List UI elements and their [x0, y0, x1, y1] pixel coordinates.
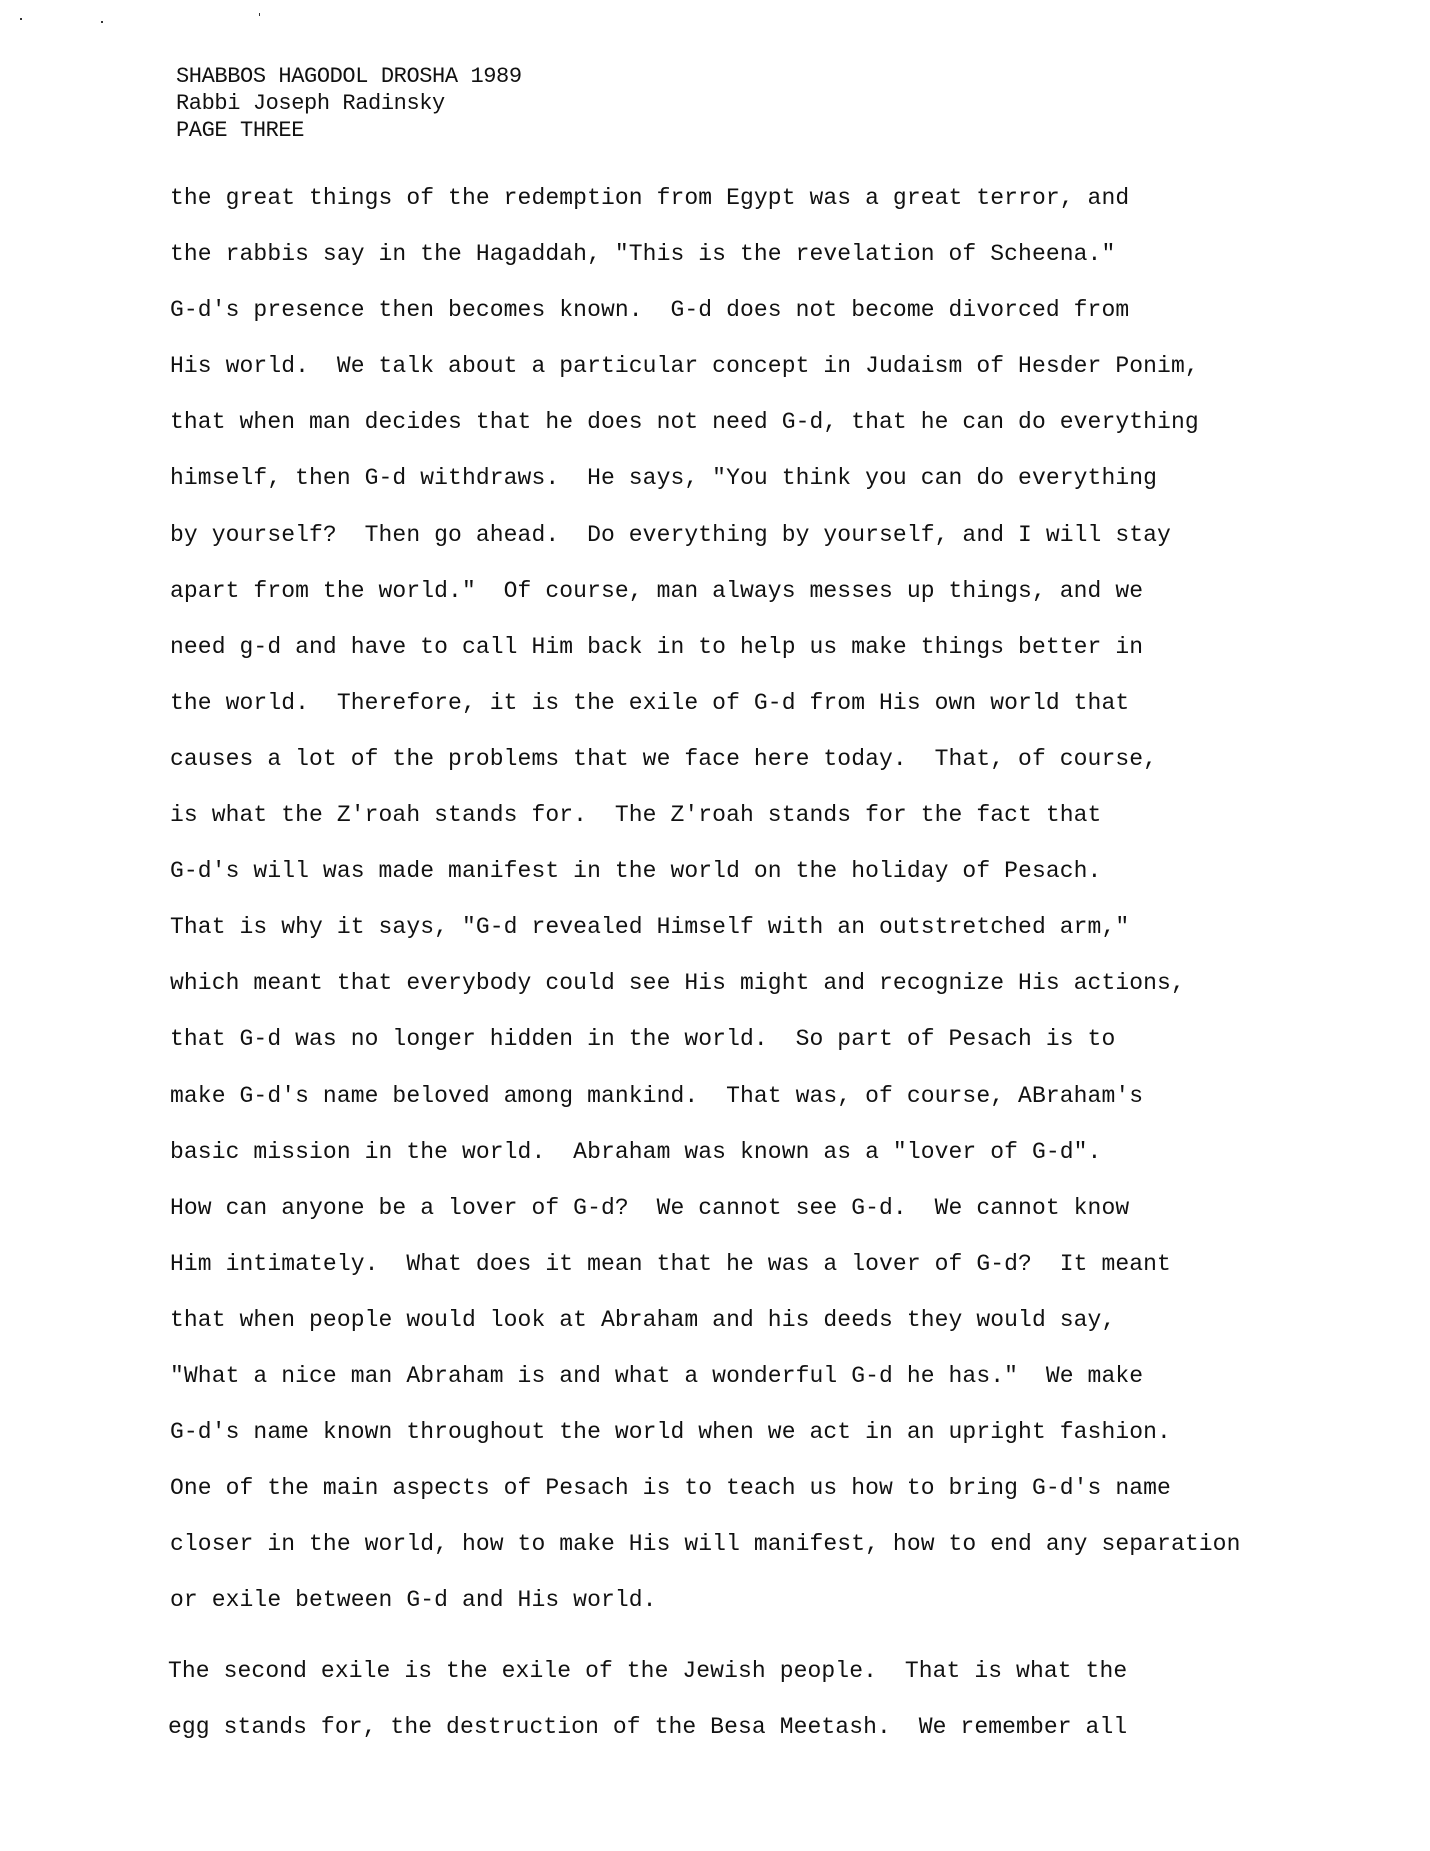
text-line: need g-d and have to call Him back in to…	[170, 619, 1240, 675]
text-line: the world. Therefore, it is the exile of…	[170, 675, 1240, 731]
text-line: basic mission in the world. Abraham was …	[170, 1124, 1240, 1180]
text-line: the rabbis say in the Hagaddah, "This is…	[170, 226, 1240, 282]
text-line: the great things of the redemption from …	[170, 170, 1240, 226]
text-line: That is why it says, "G-d revealed Himse…	[170, 899, 1240, 955]
text-line: that G-d was no longer hidden in the wor…	[170, 1011, 1240, 1067]
text-line: "What a nice man Abraham is and what a w…	[170, 1348, 1240, 1404]
text-line: closer in the world, how to make His wil…	[170, 1516, 1240, 1572]
text-line: Him intimately. What does it mean that h…	[170, 1236, 1240, 1292]
text-line: His world. We talk about a particular co…	[170, 338, 1240, 394]
text-line: G-d's name known throughout the world wh…	[170, 1404, 1240, 1460]
text-line: himself, then G-d withdraws. He says, "Y…	[170, 450, 1240, 506]
paragraph-1: the great things of the redemption from …	[170, 170, 1240, 1628]
scan-speck	[20, 18, 22, 20]
text-line: make G-d's name beloved among mankind. T…	[170, 1068, 1240, 1124]
text-line: which meant that everybody could see His…	[170, 955, 1240, 1011]
document-author: Rabbi Joseph Radinsky	[176, 90, 522, 117]
page-label: PAGE THREE	[176, 117, 522, 144]
text-line: or exile between G-d and His world.	[170, 1572, 1240, 1628]
document-title: SHABBOS HAGODOL DROSHA 1989	[176, 63, 522, 90]
text-line: causes a lot of the problems that we fac…	[170, 731, 1240, 787]
paragraph-2: The second exile is the exile of the Jew…	[168, 1643, 1127, 1755]
text-line: by yourself? Then go ahead. Do everythin…	[170, 507, 1240, 563]
text-line: One of the main aspects of Pesach is to …	[170, 1460, 1240, 1516]
scan-speck	[101, 21, 103, 23]
text-line: is what the Z'roah stands for. The Z'roa…	[170, 787, 1240, 843]
text-line: that when man decides that he does not n…	[170, 394, 1240, 450]
text-line: egg stands for, the destruction of the B…	[168, 1699, 1127, 1755]
text-line: that when people would look at Abraham a…	[170, 1292, 1240, 1348]
document-header: SHABBOS HAGODOL DROSHA 1989 Rabbi Joseph…	[176, 63, 522, 144]
scan-speck	[259, 13, 260, 16]
text-line: How can anyone be a lover of G-d? We can…	[170, 1180, 1240, 1236]
text-line: G-d's will was made manifest in the worl…	[170, 843, 1240, 899]
text-line: G-d's presence then becomes known. G-d d…	[170, 282, 1240, 338]
text-line: The second exile is the exile of the Jew…	[168, 1643, 1127, 1699]
text-line: apart from the world." Of course, man al…	[170, 563, 1240, 619]
